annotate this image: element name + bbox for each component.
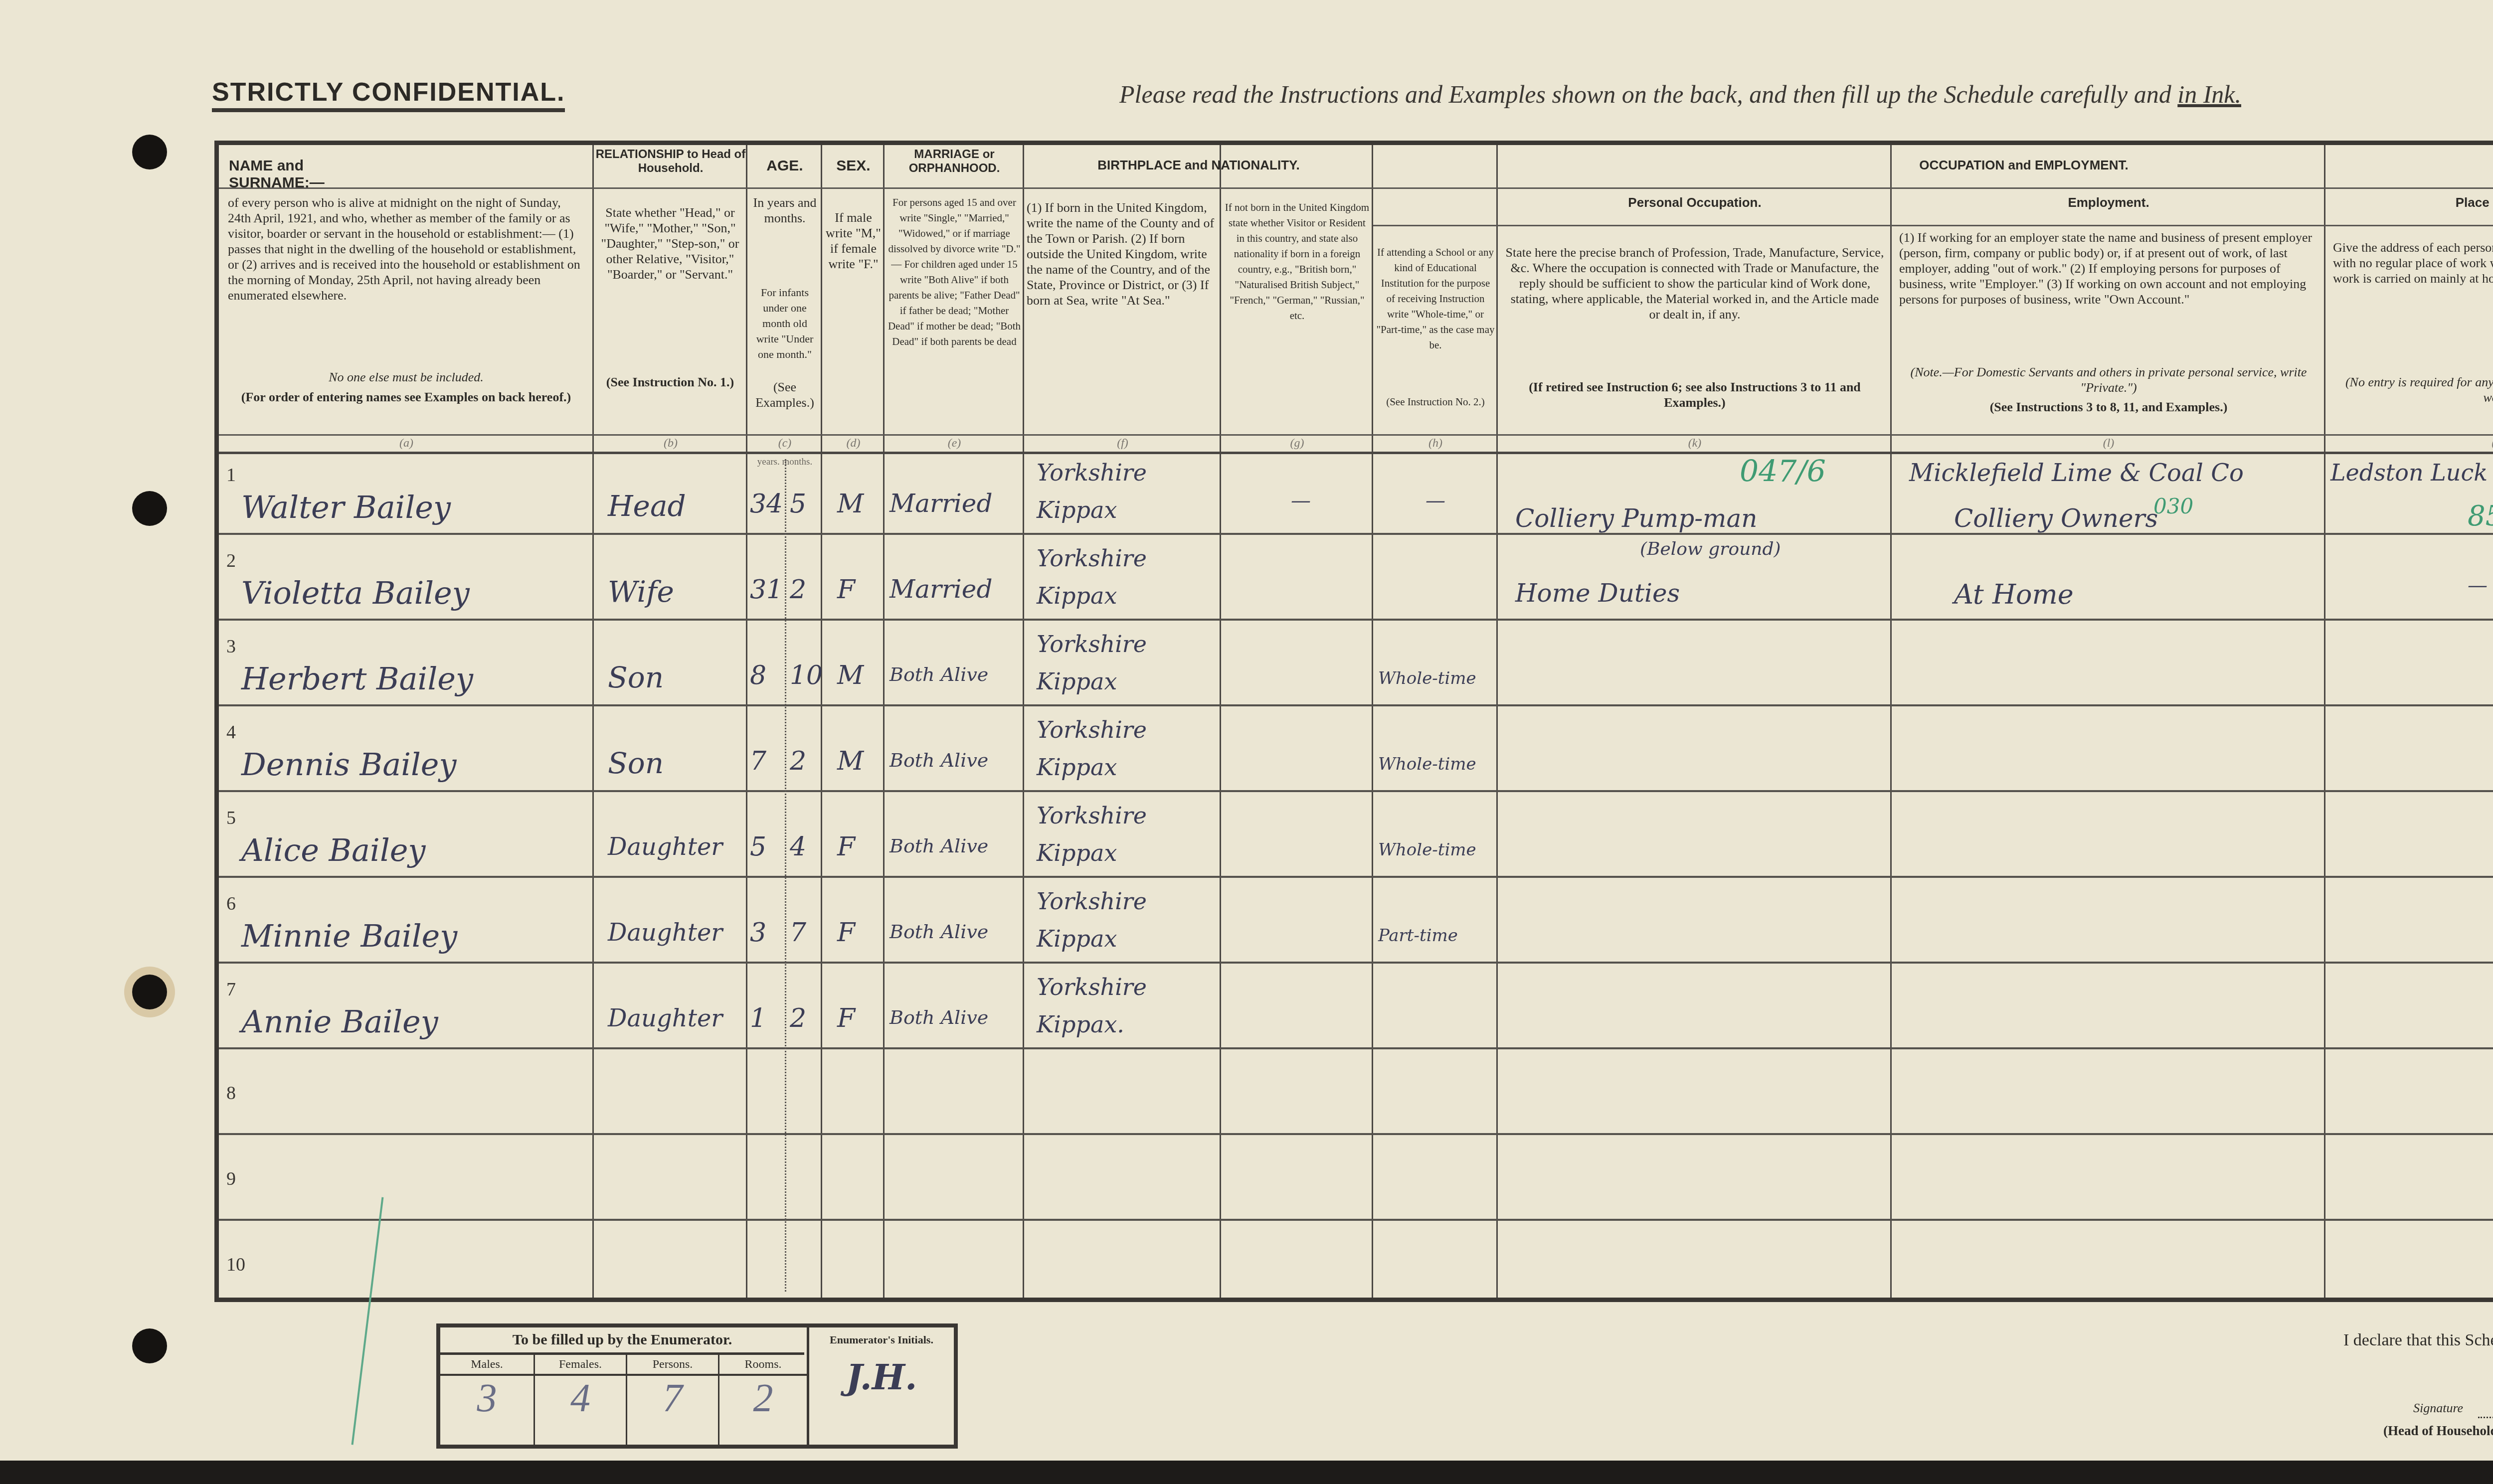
females-cell: Females.4: [535, 1355, 627, 1445]
punch-hole: [132, 975, 167, 1009]
enumerator-summary-box: To be filled up by the Enumerator. Males…: [436, 1323, 958, 1449]
enumerator-initials: Enumerator's Initials.J.H.: [807, 1327, 954, 1445]
punch-hole: [132, 1328, 167, 1363]
rooms-cell: Rooms.2: [719, 1355, 807, 1445]
fill-instruction: Please read the Instructions and Example…: [1119, 80, 2241, 109]
confidential-title: STRICTLY CONFIDENTIAL.: [212, 77, 565, 112]
signature-label: Signature: [2413, 1401, 2463, 1416]
name-cell: Walter Bailey: [241, 489, 451, 525]
declaration-text: I declare that this Schedule is correctl…: [2343, 1331, 2493, 1350]
column-d-sex: [822, 145, 885, 1298]
signature-line: [2478, 1417, 2493, 1418]
column-a-name: [219, 145, 594, 1298]
scan-border: [0, 1461, 2493, 1484]
signature-note: (Head of Household, Manager of Establish…: [2383, 1423, 2493, 1439]
column-b-relationship: [594, 145, 747, 1298]
punch-hole: [132, 135, 167, 169]
males-cell: Males.3: [440, 1355, 535, 1445]
persons-cell: Persons.7: [627, 1355, 719, 1445]
column-l-employment: [1892, 145, 2325, 1298]
schedule-table: NAME and SURNAME:— RELATIONSHIP to Head …: [214, 141, 2493, 1302]
column-m-workplace: [2325, 145, 2493, 1298]
punch-hole: [132, 491, 167, 526]
